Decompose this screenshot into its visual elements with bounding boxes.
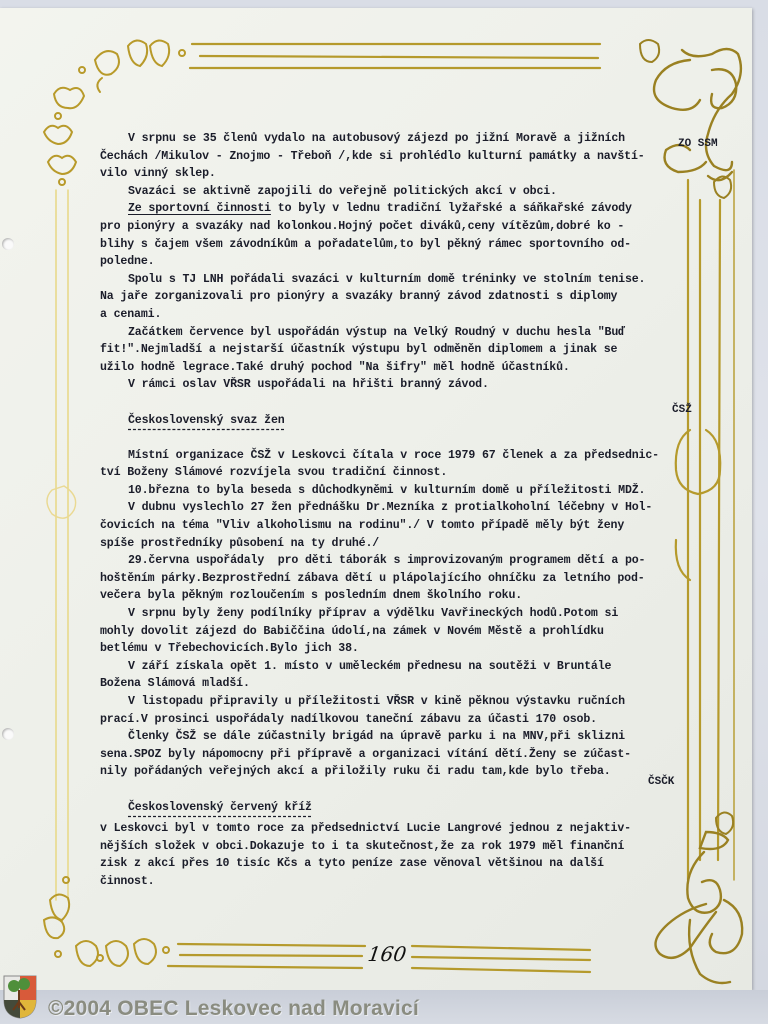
- text-line: čovicích na téma "Vliv alkoholismu na ro…: [100, 517, 660, 535]
- section-label-csz: ČSŽ: [672, 404, 692, 416]
- text-line: prací.V prosinci uspořádaly nadílkovou t…: [100, 711, 660, 729]
- text-line: nějších složek v obci.Dokazuje to i ta s…: [100, 838, 660, 856]
- text-line: 29.června uspořádaly pro děti táborák s …: [100, 552, 660, 570]
- text-line: V rámci oslav VŘSR uspořádali na hřišti …: [100, 376, 660, 394]
- text-line: spíše prostředníky působení na ty druhé.…: [100, 535, 660, 553]
- text-line: Na jaře zorganizovali pro pionýry a svaz…: [100, 288, 660, 306]
- heading-csck: Československý červený kříž: [100, 799, 660, 817]
- text-line: hoštěním párky.Bezprostřední zábava dětí…: [100, 570, 660, 588]
- text-line: v Leskovci byl v tomto roce za předsedni…: [100, 820, 660, 838]
- text-line: poledne.: [100, 253, 660, 271]
- text-line: Čechách /Mikulov - Znojmo - Třeboň /,kde…: [100, 148, 660, 166]
- text-line: Místní organizace ČSŽ v Leskovci čítala …: [100, 447, 660, 465]
- text-line: a cenami.: [100, 306, 660, 324]
- text-line: fit!".Nejmladší a nejstarší účastník výs…: [100, 341, 660, 359]
- typewritten-text: V srpnu se 35 členů vydalo na autobusový…: [100, 130, 660, 891]
- section-label-zo-ssm: ZO SSM: [678, 138, 718, 150]
- text-line: užilo hodně legrace.Také druhý pochod "N…: [100, 359, 660, 377]
- text-line: betlému v Třebechovicích.Bylo jich 38.: [100, 640, 660, 658]
- text-line: Členky ČSŽ se dále zúčastnily brigád na …: [100, 728, 660, 746]
- text-line: mohly dovolit zájezd do Babiččina údolí,…: [100, 623, 660, 641]
- heading-csz: Československý svaz žen: [100, 412, 660, 430]
- text-line: Ze sportovní činnosti to byly v lednu tr…: [100, 200, 660, 218]
- text-line: 10.března to byla beseda s důchodkyněmi …: [100, 482, 660, 500]
- text-line: Svazáci se aktivně zapojili do veřejně p…: [100, 183, 660, 201]
- section-zo-ssm: V srpnu se 35 členů vydalo na autobusový…: [100, 130, 660, 394]
- punch-hole: [2, 728, 14, 740]
- text-line: Začátkem července byl uspořádán výstup n…: [100, 324, 660, 342]
- punch-hole: [2, 238, 14, 250]
- copyright-watermark: ©2004 OBEC Leskovec nad Moravicí: [48, 997, 419, 1021]
- section-csz: Místní organizace ČSŽ v Leskovci čítala …: [100, 447, 660, 781]
- text-line: V srpnu byly ženy podílníky příprav a vý…: [100, 605, 660, 623]
- page-number: 160: [366, 942, 408, 966]
- text-line: Spolu s TJ LNH pořádali svazáci v kultur…: [100, 271, 660, 289]
- section-csck: v Leskovci byl v tomto roce za předsedni…: [100, 820, 660, 890]
- text-line: pro pionýry a svazáky nad kolonkou.Hojný…: [100, 218, 660, 236]
- text-line: V srpnu se 35 členů vydalo na autobusový…: [100, 130, 660, 148]
- text-line: V dubnu vyslechlo 27 žen přednášku Dr.Me…: [100, 499, 660, 517]
- text-line: V září získala opět 1. místo v uměleckém…: [100, 658, 660, 676]
- text-line: vilo vinný sklep.: [100, 165, 660, 183]
- text-line: zisk z akcí přes 10 tisíc Kčs a tyto pen…: [100, 855, 660, 873]
- text-line: tví Boženy Slámové rozvíjela svou tradič…: [100, 464, 660, 482]
- underlined-subheading: Ze sportovní činnosti: [128, 202, 271, 215]
- text-line: večera byla pěkným rozloučením s posledn…: [100, 587, 660, 605]
- text-line: Božena Slámová mladší.: [100, 675, 660, 693]
- text-line: činnost.: [100, 873, 660, 891]
- text-line: sena.SPOZ byly nápomocny při přípravě a …: [100, 746, 660, 764]
- village-coat-of-arms-icon: [2, 972, 38, 1020]
- text-line: blihy s čajem všem závodníkům a pořadate…: [100, 236, 660, 254]
- text-line: V listopadu připravily u příležitosti VŘ…: [100, 693, 660, 711]
- text-line: nily pořádaných veřejných akcí a přiloži…: [100, 763, 660, 781]
